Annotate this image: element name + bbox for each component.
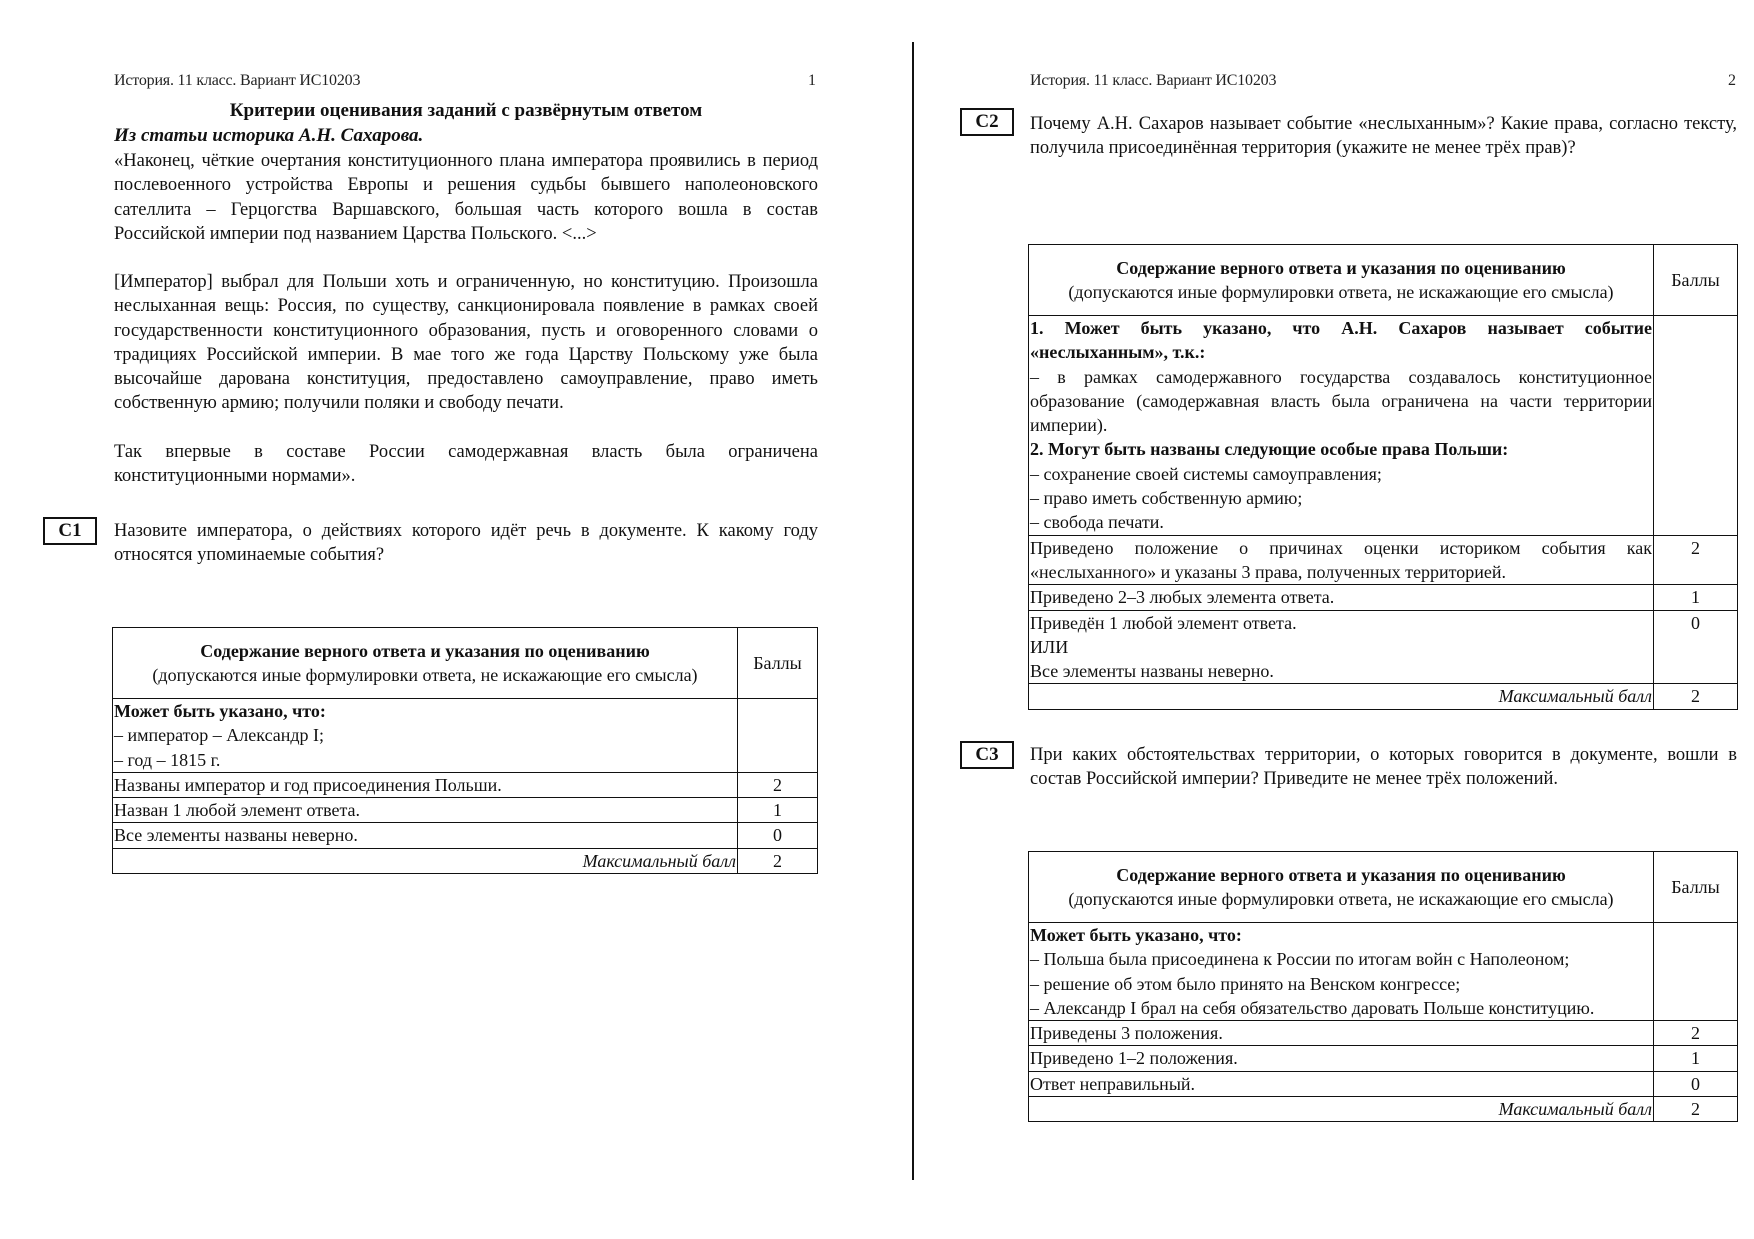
table-row: Назван 1 любой элемент ответа. 1 [113, 798, 818, 823]
table-row: Ответ неправильный. 0 [1029, 1071, 1738, 1096]
running-header: История. 11 класс. Вариант ИС10203 [1030, 72, 1276, 90]
table-row: Все элементы названы неверно. 0 [113, 823, 818, 848]
table-row: Приведено 1–2 положения. 1 [1029, 1046, 1738, 1071]
score-value: 0 [1654, 1071, 1738, 1096]
criteria-table-c3: Содержание верного ответа и указания по … [1028, 851, 1738, 1122]
score-value: 2 [1654, 535, 1738, 585]
table-row: Может быть указано, что: – император – А… [113, 699, 818, 773]
table-row: Приведено 2–3 любых элемента ответа. 1 [1029, 585, 1738, 610]
max-score-value: 2 [1654, 684, 1738, 709]
table-row: Приведено положение о причинах оценки ис… [1029, 535, 1738, 585]
table-row: 1. Может быть указано, что А.Н. Сахаров … [1029, 316, 1738, 536]
score-value: 2 [1654, 1021, 1738, 1046]
table-row: Может быть указано, что: – Польша была п… [1029, 923, 1738, 1021]
max-score-row: Максимальный балл 2 [1029, 684, 1738, 709]
page-title: Критерии оценивания заданий с развёрнуты… [114, 100, 818, 122]
task-question-c2: Почему А.Н. Сахаров называет событие «не… [1030, 112, 1737, 161]
quote-paragraph: [Император] выбрал для Польши хоть и огр… [114, 270, 818, 416]
page-divider [912, 42, 914, 1180]
score-column-header: Баллы [1654, 245, 1738, 316]
page-number: 1 [808, 72, 816, 90]
score-value: 0 [1654, 610, 1738, 684]
score-value: 1 [1654, 585, 1738, 610]
score-value: 2 [738, 772, 818, 797]
criteria-table-c1: Содержание верного ответа и указания по … [112, 627, 818, 874]
score-value: 0 [738, 823, 818, 848]
max-score-row: Максимальный балл 2 [1029, 1097, 1738, 1122]
task-label-c3: С3 [960, 741, 1014, 769]
table-row: Приведён 1 любой элемент ответа. ИЛИ Все… [1029, 610, 1738, 684]
score-column-header: Баллы [1654, 852, 1738, 923]
table-header: Содержание верного ответа и указания по … [1029, 852, 1654, 923]
quote-paragraph: «Наконец, чёткие очертания конституционн… [114, 149, 818, 246]
max-score-value: 2 [738, 848, 818, 873]
task-label-c1: С1 [43, 517, 97, 545]
table-header: Содержание верного ответа и указания по … [1029, 245, 1654, 316]
max-score-row: Максимальный балл 2 [113, 848, 818, 873]
task-label-c2: С2 [960, 108, 1014, 136]
page-number: 2 [1728, 72, 1736, 90]
score-value: 1 [738, 798, 818, 823]
task-question-c3: При каких обстоятельствах территории, о … [1030, 743, 1737, 792]
task-question-c1: Назовите императора, о действиях которог… [114, 519, 818, 568]
table-header: Содержание верного ответа и указания по … [113, 628, 738, 699]
table-row: Названы император и год присоединения По… [113, 772, 818, 797]
source-caption: Из статьи историка А.Н. Сахарова. [114, 125, 423, 147]
score-value: 1 [1654, 1046, 1738, 1071]
score-column-header: Баллы [738, 628, 818, 699]
quote-paragraph: Так впервые в составе России самодержавн… [114, 440, 818, 489]
running-header: История. 11 класс. Вариант ИС10203 [114, 72, 360, 90]
max-score-value: 2 [1654, 1097, 1738, 1122]
criteria-table-c2: Содержание верного ответа и указания по … [1028, 244, 1738, 710]
table-row: Приведены 3 положения. 2 [1029, 1021, 1738, 1046]
